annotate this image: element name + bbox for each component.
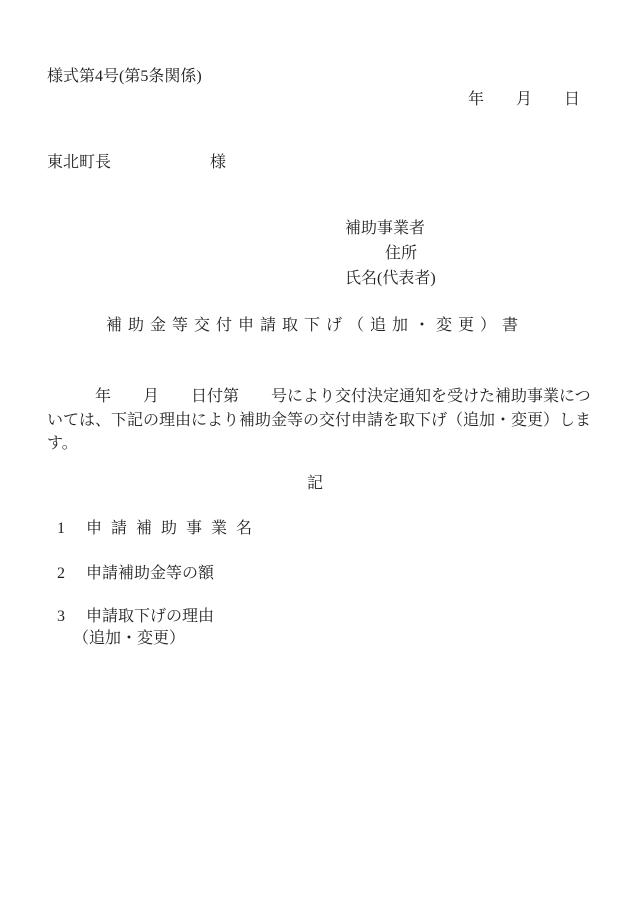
record-heading: 記 [0,470,630,493]
item-sub-label: （追加・変更） [73,625,185,648]
applicant-name-label: 氏名(代表者) [345,265,436,288]
list-item: 3申請取下げの理由 [57,603,214,626]
addressee-honorific: 様 [210,154,226,171]
item-number: 2 [57,565,86,583]
applicant-role-label: 補助事業者 [345,215,425,238]
item-number: 3 [57,608,86,626]
item-label: 申請取下げの理由 [86,608,214,625]
document-title: 補助金等交付申請取下げ（追加・変更）書 [0,312,630,335]
item-label: 申請補助事業名 [86,520,261,537]
addressee-row: 東北町長様 [47,149,226,172]
body-line: す。 [47,432,607,456]
item-number: 1 [57,520,86,538]
item-label: 申請補助金等の額 [86,565,214,582]
date-blank-line: 年 月 日 [468,86,580,109]
list-item: 2申請補助金等の額 [57,560,214,583]
addressee-name: 東北町長 [47,154,111,171]
form-document-page: 様式第4号(第5条関係) 年 月 日 東北町長様 補助事業者 住所 氏名(代表者… [0,0,630,903]
form-number: 様式第4号(第5条関係) [47,63,202,86]
body-line: 年 月 日付第 号により交付決定通知を受けた補助事業につ [47,385,607,409]
body-line: いては、下記の理由により補助金等の交付申請を取下げ（追加・変更）しま [47,409,607,433]
list-item: 1申請補助事業名 [57,515,261,538]
applicant-address-label: 住所 [385,240,417,263]
body-paragraph: 年 月 日付第 号により交付決定通知を受けた補助事業につ いては、下記の理由によ… [47,385,607,456]
